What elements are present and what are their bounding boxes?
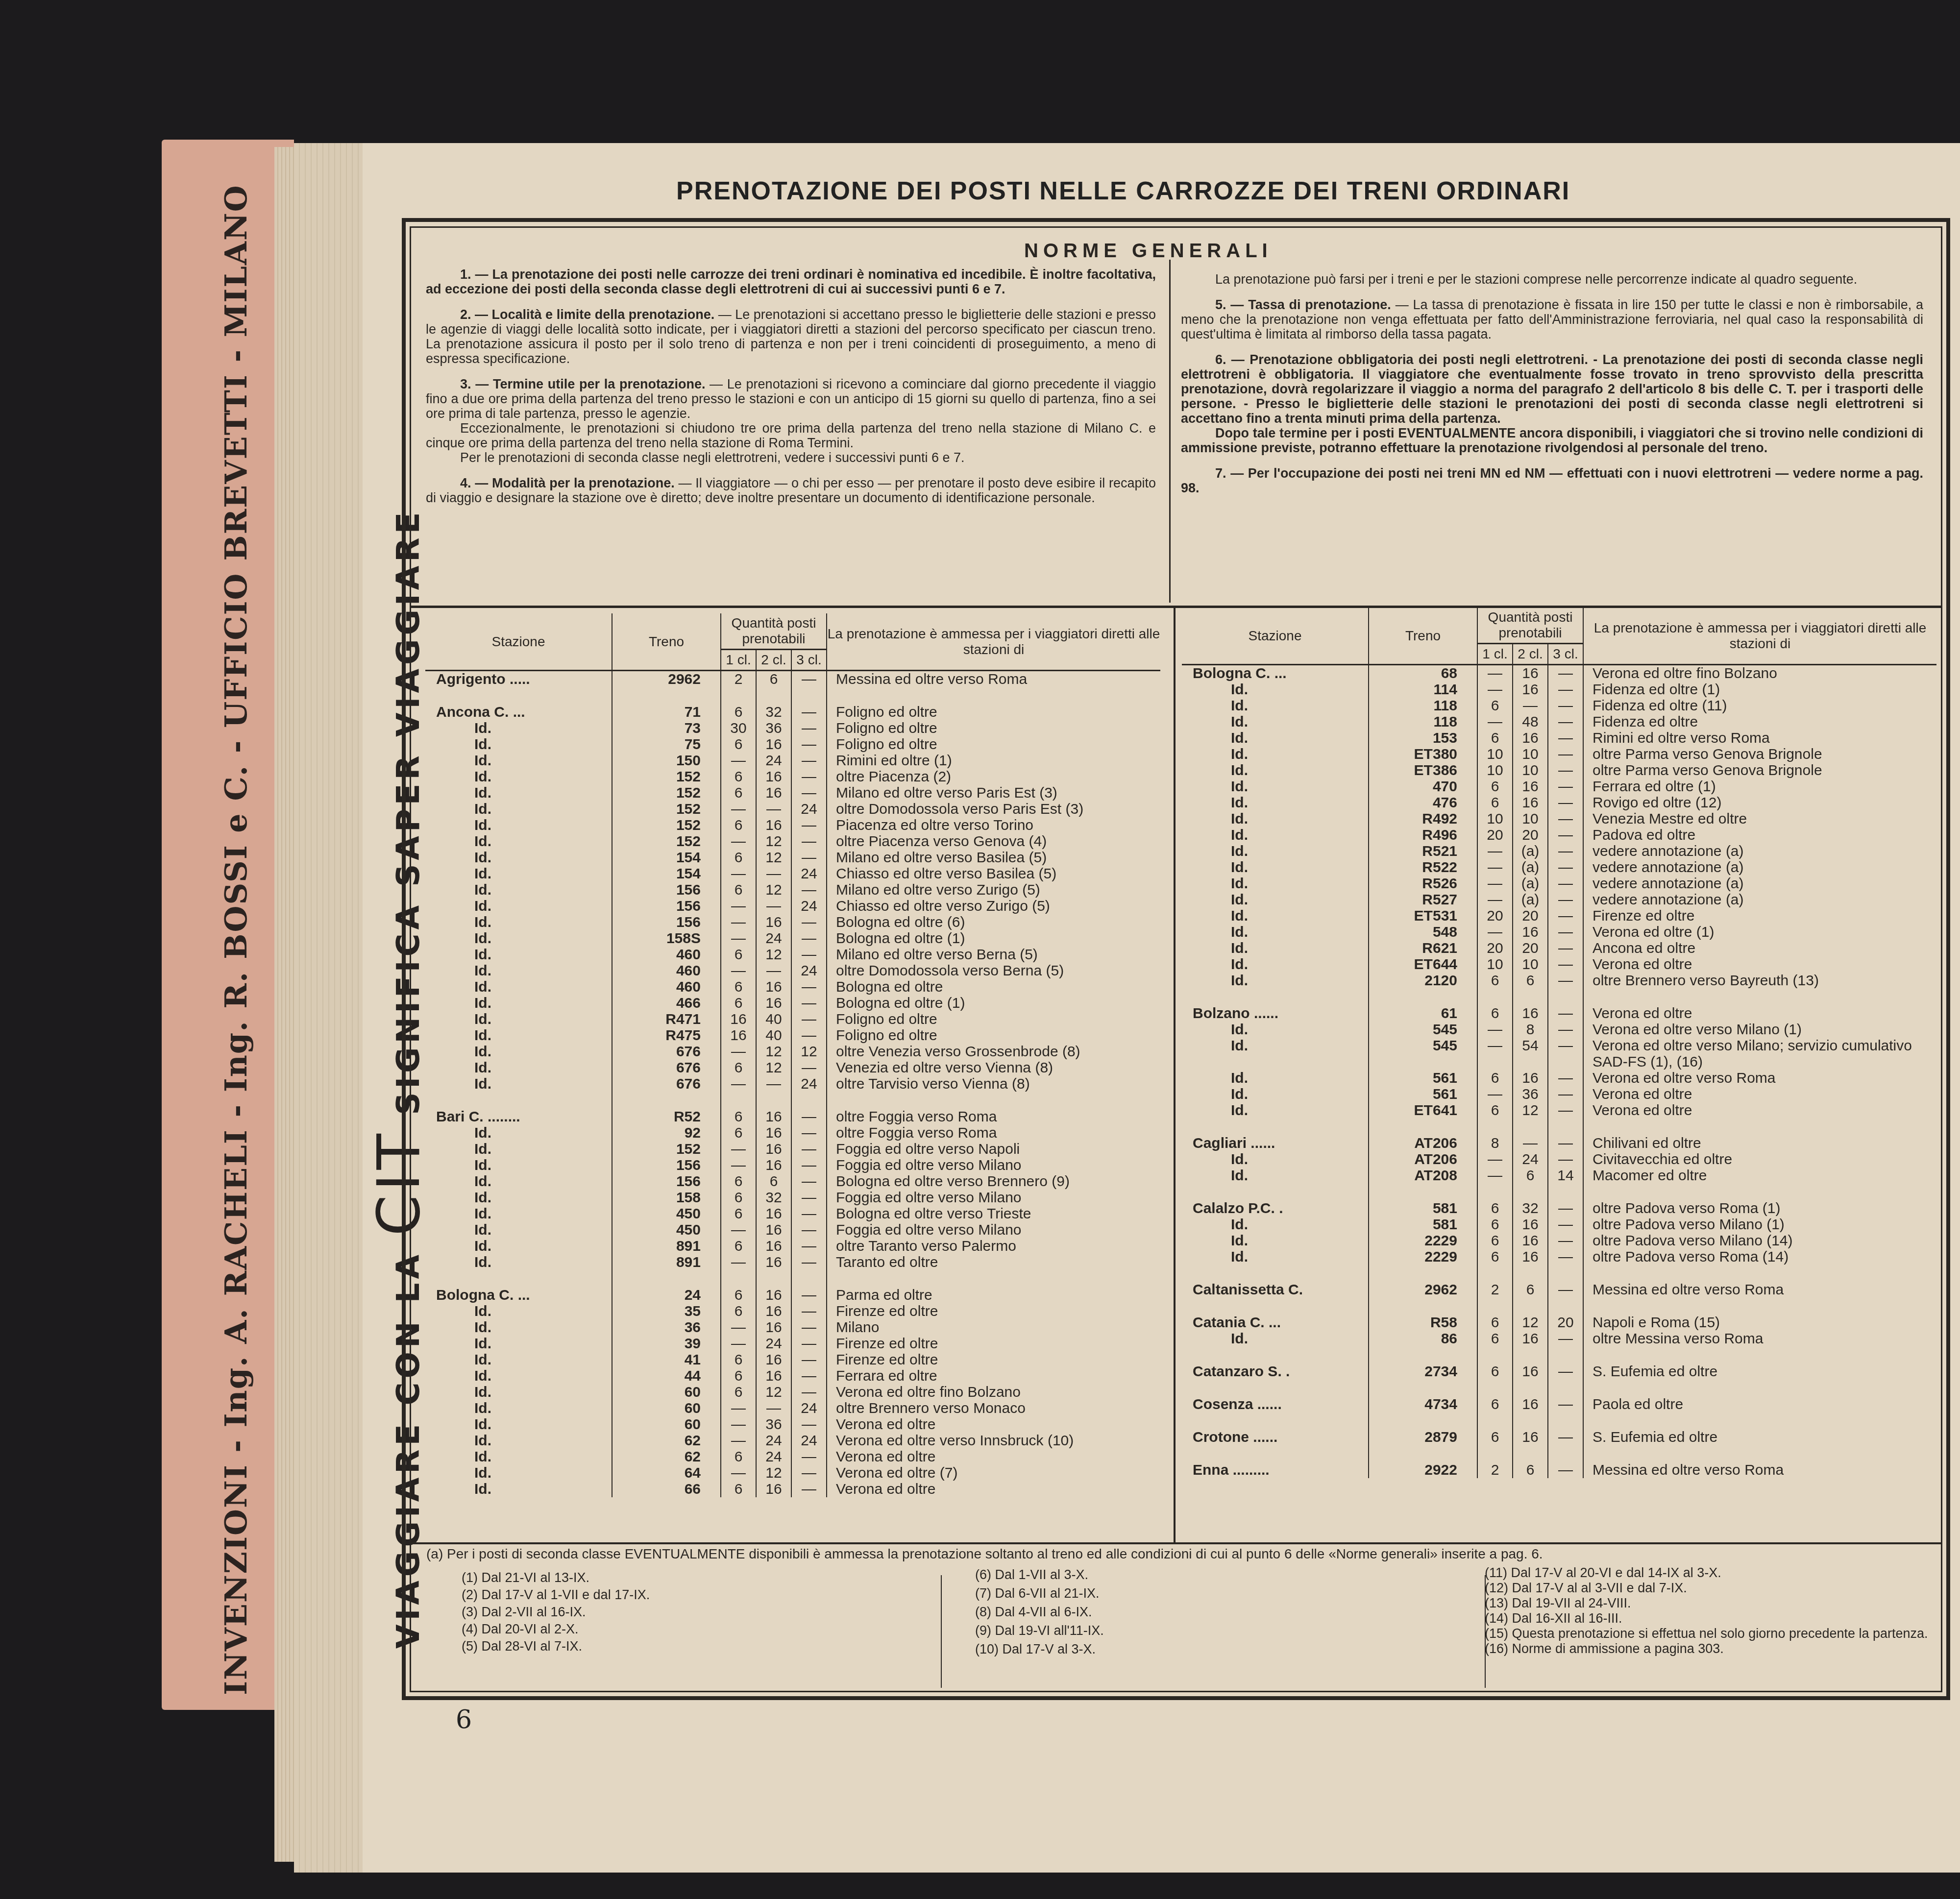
cell-1cl: 6 <box>721 1481 756 1497</box>
header-1cl: 1 cl. <box>721 650 756 671</box>
cell-treno: 71 <box>612 704 721 720</box>
cell-3cl: — <box>1548 714 1583 730</box>
cell-1cl: 6 <box>721 850 756 866</box>
table-row: Id.AT208—614Macomer ed oltre <box>1182 1168 1936 1184</box>
cell-treno: 61 <box>1369 1005 1477 1022</box>
cell-2cl: 8 <box>1513 1022 1548 1038</box>
cell-destinazione <box>1583 1412 1936 1429</box>
cell-destinazione: Firenze ed oltre <box>1583 908 1936 924</box>
cell-3cl: 24 <box>791 1433 827 1449</box>
table-row: Id.460612—Milano ed oltre verso Berna (5… <box>425 947 1160 963</box>
cell-treno: 4734 <box>1369 1396 1477 1412</box>
table-row: Id.154612—Milano ed oltre verso Basilea … <box>425 850 1160 866</box>
cell-1cl: 6 <box>721 1173 756 1190</box>
page-number: 6 <box>456 1705 472 1734</box>
cell-1cl <box>1477 1265 1513 1282</box>
cell-3cl: — <box>1548 1151 1583 1168</box>
cell-stazione <box>1182 1119 1369 1135</box>
cell-3cl: — <box>791 995 827 1011</box>
cell-treno: 460 <box>612 963 721 979</box>
table-row: Id.545—8—Verona ed oltre verso Milano (1… <box>1182 1022 1936 1038</box>
table-row: Id.114—16—Fidenza ed oltre (1) <box>1182 682 1936 698</box>
cell-1cl: 6 <box>721 979 756 995</box>
table-row: Id.44616—Ferrara ed oltre <box>425 1368 1160 1384</box>
cell-1cl: — <box>721 1222 756 1238</box>
table-row: Id.60——24oltre Brennero verso Monaco <box>425 1400 1160 1416</box>
table-row: Id.R521—(a)—vedere annotazione (a) <box>1182 843 1936 859</box>
table-row: Id.15666—Bologna ed oltre verso Brennero… <box>425 1173 1160 1190</box>
cell-treno: 35 <box>612 1303 721 1319</box>
cell-2cl: 6 <box>756 671 791 688</box>
cell-1cl <box>1477 1184 1513 1200</box>
cell-3cl: — <box>1548 973 1583 989</box>
cell-2cl: 16 <box>756 1109 791 1125</box>
cell-destinazione: Verona ed oltre (1) <box>1583 924 1936 940</box>
table-row: Id.891616—oltre Taranto verso Palermo <box>425 1238 1160 1254</box>
cell-treno <box>1369 1298 1477 1315</box>
cell-1cl <box>1477 989 1513 1005</box>
cell-3cl <box>1548 1445 1583 1462</box>
cell-2cl: 32 <box>756 704 791 720</box>
cell-1cl: — <box>721 898 756 914</box>
cell-destinazione: oltre Padova verso Milano (14) <box>1583 1233 1936 1249</box>
cell-stazione: Ancona C. ... <box>425 704 612 720</box>
cell-stazione: Id. <box>425 1416 612 1433</box>
cell-stazione: Id. <box>425 1384 612 1400</box>
table-row: Id.62—2424Verona ed oltre verso Innsbruc… <box>425 1433 1160 1449</box>
cell-stazione: Id. <box>1182 746 1369 762</box>
cell-1cl <box>1477 1119 1513 1135</box>
cell-treno: 152 <box>612 1141 721 1157</box>
cell-destinazione: Ancona ed oltre <box>1583 940 1936 956</box>
cell-1cl: 6 <box>1477 1315 1513 1331</box>
footnote-a: (a) Per i posti di seconda classe EVENTU… <box>426 1546 1935 1562</box>
cell-stazione: Id. <box>425 1238 612 1254</box>
cell-2cl: 16 <box>756 817 791 833</box>
cell-treno: R492 <box>1369 811 1477 827</box>
norme-generali-heading: NORME GENERALI <box>1024 240 1273 262</box>
cell-2cl: — <box>1513 1135 1548 1151</box>
cell-3cl: — <box>791 1060 827 1076</box>
cell-stazione: Id. <box>425 963 612 979</box>
cell-treno: 152 <box>612 769 721 785</box>
cell-stazione: Id. <box>425 753 612 769</box>
cell-stazione: Id. <box>1182 843 1369 859</box>
cell-treno <box>612 687 721 704</box>
cell-treno: 154 <box>612 866 721 882</box>
table-spacer-row <box>425 1092 1160 1109</box>
cell-2cl: 36 <box>756 720 791 736</box>
cell-1cl: 6 <box>721 1368 756 1384</box>
cell-1cl: 6 <box>721 1303 756 1319</box>
cell-2cl: 12 <box>756 850 791 866</box>
table-row: Id.66616—Verona ed oltre <box>425 1481 1160 1497</box>
header-stazione: Stazione <box>425 613 612 671</box>
cell-stazione: Id. <box>1182 924 1369 940</box>
cell-destinazione: oltre Piacenza (2) <box>827 769 1160 785</box>
cell-destinazione: Milano ed oltre verso Basilea (5) <box>827 850 1160 866</box>
cell-2cl: (a) <box>1513 892 1548 908</box>
cell-stazione <box>1182 1265 1369 1282</box>
cell-2cl: 10 <box>1513 956 1548 973</box>
cell-1cl: 6 <box>721 785 756 801</box>
cell-1cl: — <box>1477 1022 1513 1038</box>
rule-3-exception: Eccezionalmente, le prenotazioni si chiu… <box>426 421 1156 450</box>
cell-1cl <box>721 1270 756 1287</box>
cell-stazione: Id. <box>1182 1038 1369 1070</box>
cell-3cl: — <box>791 930 827 947</box>
cell-2cl: — <box>756 898 791 914</box>
header-ammessa: La prenotazione è ammessa per i viaggiat… <box>1583 608 1936 665</box>
cell-destinazione: Chiasso ed oltre verso Zurigo (5) <box>827 898 1160 914</box>
cell-treno: 450 <box>612 1206 721 1222</box>
cell-stazione: Id. <box>1182 811 1369 827</box>
table-column-divider <box>1174 608 1176 1543</box>
cell-3cl: 24 <box>791 1076 827 1092</box>
cell-stazione: Id. <box>1182 795 1369 811</box>
cell-1cl: — <box>721 1465 756 1481</box>
cell-treno: ET386 <box>1369 762 1477 779</box>
cell-stazione: Catania C. ... <box>1182 1315 1369 1331</box>
cell-treno: 68 <box>1369 665 1477 682</box>
cell-destinazione: Foggia ed oltre verso Milano <box>827 1222 1160 1238</box>
cell-stazione: Id. <box>1182 779 1369 795</box>
cell-stazione: Id. <box>425 1319 612 1336</box>
cell-2cl: 16 <box>756 1254 791 1270</box>
cell-1cl: 6 <box>721 1287 756 1303</box>
cell-destinazione: Bologna ed oltre (6) <box>827 914 1160 930</box>
cell-2cl: 16 <box>756 1141 791 1157</box>
cell-destinazione: Verona ed oltre verso Innsbruck (10) <box>827 1433 1160 1449</box>
cell-stazione: Id. <box>425 898 612 914</box>
header-3cl: 3 cl. <box>791 650 827 671</box>
table-row: Id.561616—Verona ed oltre verso Roma <box>1182 1070 1936 1086</box>
cell-stazione: Id. <box>1182 940 1369 956</box>
cell-1cl: 2 <box>1477 1282 1513 1298</box>
cell-destinazione: Bologna ed oltre <box>827 979 1160 995</box>
cell-treno: 152 <box>612 801 721 817</box>
cell-3cl: — <box>791 785 827 801</box>
cell-2cl: 16 <box>756 979 791 995</box>
cell-stazione: Id. <box>425 1027 612 1044</box>
cell-destinazione: vedere annotazione (a) <box>1583 859 1936 876</box>
cell-2cl: 16 <box>1513 682 1548 698</box>
cell-2cl: 16 <box>1513 1363 1548 1380</box>
table-row: Id.158S—24—Bologna ed oltre (1) <box>425 930 1160 947</box>
cell-1cl: — <box>721 1141 756 1157</box>
cell-2cl: 40 <box>756 1027 791 1044</box>
cell-3cl: — <box>791 1303 827 1319</box>
cell-2cl: 16 <box>756 1287 791 1303</box>
cell-1cl: 6 <box>721 995 756 1011</box>
cell-2cl: 16 <box>756 914 791 930</box>
cell-destinazione: S. Eufemia ed oltre <box>1583 1429 1936 1445</box>
cell-1cl: 6 <box>1477 1005 1513 1022</box>
cell-3cl <box>1548 989 1583 1005</box>
cell-2cl <box>1513 1184 1548 1200</box>
cell-2cl: 16 <box>1513 1249 1548 1265</box>
cell-2cl: 16 <box>1513 1331 1548 1347</box>
cell-1cl: — <box>1477 892 1513 908</box>
cell-1cl: 6 <box>1477 1331 1513 1347</box>
cell-treno: 41 <box>612 1352 721 1368</box>
cell-treno: 156 <box>612 1173 721 1190</box>
cell-1cl: — <box>721 801 756 817</box>
cell-3cl: 24 <box>791 963 827 979</box>
cell-treno: 62 <box>612 1449 721 1465</box>
cell-stazione <box>1182 1445 1369 1462</box>
cell-treno: 156 <box>612 882 721 898</box>
cell-3cl: — <box>791 947 827 963</box>
cell-3cl: — <box>1548 1233 1583 1249</box>
footnote-item: (14) Dal 16-XII al 16-III. <box>1485 1611 1935 1626</box>
cell-1cl: 2 <box>721 671 756 688</box>
cell-3cl: — <box>1548 1022 1583 1038</box>
cell-stazione: Id. <box>1182 1233 1369 1249</box>
cell-stazione: Id. <box>425 914 612 930</box>
cell-3cl: — <box>1548 1217 1583 1233</box>
cell-stazione: Bologna C. ... <box>1182 665 1369 682</box>
table-row: Id.2229616—oltre Padova verso Roma (14) <box>1182 1249 1936 1265</box>
cell-destinazione: oltre Domodossola verso Paris Est (3) <box>827 801 1160 817</box>
cell-2cl: 20 <box>1513 827 1548 843</box>
cell-stazione: Id. <box>1182 908 1369 924</box>
table-row: Id.476616—Rovigo ed oltre (12) <box>1182 795 1936 811</box>
cell-destinazione: Piacenza ed oltre verso Torino <box>827 817 1160 833</box>
cell-destinazione: Firenze ed oltre <box>827 1303 1160 1319</box>
table-spacer-row <box>1182 1184 1936 1200</box>
cell-3cl: — <box>1548 746 1583 762</box>
footnote-divider-1 <box>941 1575 942 1688</box>
cell-2cl: 12 <box>1513 1102 1548 1119</box>
cell-2cl: 6 <box>1513 1168 1548 1184</box>
table-row: Id.R4751640—Foligno ed oltre <box>425 1027 1160 1044</box>
table-spacer-row <box>1182 989 1936 1005</box>
table-row: Id.676—1212oltre Venezia verso Grossenbr… <box>425 1044 1160 1060</box>
table-spacer-row <box>1182 1380 1936 1396</box>
cell-1cl: 16 <box>721 1011 756 1027</box>
cell-2cl: 6 <box>1513 1282 1548 1298</box>
table-row: Id.152—12—oltre Piacenza verso Genova (4… <box>425 833 1160 850</box>
cell-treno: 2734 <box>1369 1363 1477 1380</box>
cell-stazione: Id. <box>425 866 612 882</box>
cell-3cl: — <box>1548 1429 1583 1445</box>
cell-treno <box>1369 1445 1477 1462</box>
cell-3cl: — <box>791 1027 827 1044</box>
cell-stazione: Id. <box>1182 956 1369 973</box>
cell-stazione: Id. <box>1182 827 1369 843</box>
table-row: Catanzaro S. .2734616—S. Eufemia ed oltr… <box>1182 1363 1936 1380</box>
cell-destinazione <box>827 1092 1160 1109</box>
cell-3cl: — <box>791 1157 827 1173</box>
cell-destinazione: Verona ed oltre <box>827 1449 1160 1465</box>
cell-treno: 60 <box>612 1384 721 1400</box>
cell-2cl: 16 <box>756 1125 791 1141</box>
cell-1cl <box>721 1092 756 1109</box>
cell-2cl <box>1513 1412 1548 1429</box>
table-row: Id.460616—Bologna ed oltre <box>425 979 1160 995</box>
header-ammessa: La prenotazione è ammessa per i viaggiat… <box>827 613 1160 671</box>
cell-2cl: 12 <box>756 1384 791 1400</box>
cell-stazione: Id. <box>425 1125 612 1141</box>
footnote-item: (8) Dal 4-VII al 6-IX. <box>975 1603 1104 1621</box>
cell-2cl <box>756 1270 791 1287</box>
cell-2cl: 6 <box>1513 973 1548 989</box>
cell-destinazione: oltre Padova verso Roma (14) <box>1583 1249 1936 1265</box>
cell-treno: R621 <box>1369 940 1477 956</box>
cell-3cl: — <box>791 1416 827 1433</box>
cell-3cl: — <box>1548 1070 1583 1086</box>
cell-treno: 476 <box>1369 795 1477 811</box>
cell-treno: 118 <box>1369 698 1477 714</box>
norme-left-column: 1. — La prenotazione dei posti nelle car… <box>426 267 1156 516</box>
cell-treno: 676 <box>612 1060 721 1076</box>
cell-1cl: — <box>721 753 756 769</box>
cell-destinazione: Bologna ed oltre (1) <box>827 995 1160 1011</box>
cell-2cl: 20 <box>1513 940 1548 956</box>
cell-destinazione: oltre Taranto verso Palermo <box>827 1238 1160 1254</box>
cell-destinazione: oltre Padova verso Milano (1) <box>1583 1217 1936 1233</box>
cell-1cl: — <box>1477 682 1513 698</box>
table-row: Id.62624—Verona ed oltre <box>425 1449 1160 1465</box>
cell-destinazione: Verona ed oltre (7) <box>827 1465 1160 1481</box>
cell-stazione: Id. <box>425 1465 612 1481</box>
rule-6-continuation: Dopo tale termine per i posti EVENTUALME… <box>1181 426 1923 455</box>
cell-2cl: 16 <box>756 1319 791 1336</box>
cell-3cl: — <box>791 1481 827 1497</box>
cell-stazione <box>1182 989 1369 1005</box>
cell-1cl: — <box>721 1254 756 1270</box>
table-row: Id.470616—Ferrara ed oltre (1) <box>1182 779 1936 795</box>
table-row: Id.60612—Verona ed oltre fino Bolzano <box>425 1384 1160 1400</box>
table-row: Cagliari ......AT2068——Chilivani ed oltr… <box>1182 1135 1936 1151</box>
cell-stazione: Id. <box>1182 973 1369 989</box>
cell-destinazione: Ferrara ed oltre <box>827 1368 1160 1384</box>
cell-1cl: 6 <box>721 1060 756 1076</box>
cell-destinazione: oltre Brennero verso Bayreuth (13) <box>1583 973 1936 989</box>
cell-3cl: — <box>1548 956 1583 973</box>
cell-stazione: Id. <box>1182 682 1369 698</box>
cell-1cl: 6 <box>1477 1429 1513 1445</box>
cell-2cl: 10 <box>1513 746 1548 762</box>
cell-destinazione: Foligno ed oltre <box>827 1011 1160 1027</box>
table-spacer-row <box>1182 1347 1936 1363</box>
cell-2cl: 54 <box>1513 1038 1548 1070</box>
cell-2cl: 16 <box>756 1238 791 1254</box>
cell-1cl: 6 <box>721 1238 756 1254</box>
table-row: Id.39—24—Firenze ed oltre <box>425 1336 1160 1352</box>
cell-3cl: — <box>1548 1462 1583 1478</box>
cell-1cl <box>1477 1380 1513 1396</box>
cell-3cl: — <box>791 1190 827 1206</box>
header-3cl: 3 cl. <box>1548 644 1583 665</box>
cell-destinazione: Ferrara ed oltre (1) <box>1583 779 1936 795</box>
cell-2cl: 12 <box>756 833 791 850</box>
cell-stazione <box>425 687 612 704</box>
cell-2cl: 6 <box>756 1173 791 1190</box>
cell-3cl: — <box>791 817 827 833</box>
cell-stazione <box>1182 1412 1369 1429</box>
cell-stazione: Id. <box>425 801 612 817</box>
cell-1cl: 10 <box>1477 746 1513 762</box>
cell-treno: 2962 <box>1369 1282 1477 1298</box>
cell-stazione: Id. <box>425 995 612 1011</box>
cell-3cl: — <box>791 1336 827 1352</box>
table-row: Id.152——24oltre Domodossola verso Paris … <box>425 801 1160 817</box>
cell-3cl <box>791 1270 827 1287</box>
cell-3cl: — <box>1548 827 1583 843</box>
cell-destinazione: Milano ed oltre verso Zurigo (5) <box>827 882 1160 898</box>
cell-2cl: 16 <box>1513 795 1548 811</box>
cell-treno: 676 <box>612 1076 721 1092</box>
cell-1cl: — <box>1477 714 1513 730</box>
cell-2cl: 16 <box>756 736 791 753</box>
cell-1cl: 10 <box>1477 811 1513 827</box>
cell-stazione: Id. <box>1182 714 1369 730</box>
cell-2cl: 36 <box>1513 1086 1548 1102</box>
cell-3cl: — <box>1548 940 1583 956</box>
cell-2cl: — <box>756 963 791 979</box>
table-row: Calalzo P.C. .581632—oltre Padova verso … <box>1182 1200 1936 1217</box>
cell-destinazione <box>1583 1380 1936 1396</box>
cell-1cl: — <box>721 1044 756 1060</box>
cell-stazione: Id. <box>425 979 612 995</box>
table-spacer-row <box>1182 1119 1936 1135</box>
table-row: Bologna C. ...68—16—Verona ed oltre fino… <box>1182 665 1936 682</box>
cell-3cl: — <box>1548 698 1583 714</box>
cell-1cl: — <box>721 1319 756 1336</box>
cell-destinazione: oltre Parma verso Genova Brignole <box>1583 746 1936 762</box>
header-2cl: 2 cl. <box>756 650 791 671</box>
rule-4-heading: 4. — Modalità per la prenotazione. <box>460 476 675 490</box>
cell-3cl: — <box>1548 859 1583 876</box>
cell-treno: 92 <box>612 1125 721 1141</box>
cell-2cl <box>1513 1119 1548 1135</box>
table-row: Id.R526—(a)—vedere annotazione (a) <box>1182 876 1936 892</box>
cell-1cl: 8 <box>1477 1135 1513 1151</box>
cell-3cl: 14 <box>1548 1168 1583 1184</box>
cell-2cl: 24 <box>756 1433 791 1449</box>
cell-3cl: — <box>791 1222 827 1238</box>
cell-2cl: 40 <box>756 1011 791 1027</box>
table-row: Catania C. ...R5861220Napoli e Roma (15) <box>1182 1315 1936 1331</box>
header-1cl: 1 cl. <box>1477 644 1513 665</box>
cell-stazione: Id. <box>425 736 612 753</box>
cell-3cl: — <box>791 704 827 720</box>
cell-stazione: Id. <box>425 1044 612 1060</box>
table-row: Id.ET5312020—Firenze ed oltre <box>1182 908 1936 924</box>
cell-stazione: Id. <box>425 1011 612 1027</box>
cell-1cl: — <box>721 1416 756 1433</box>
cell-stazione: Id. <box>425 1060 612 1076</box>
cell-stazione: Id. <box>425 1433 612 1449</box>
cell-2cl: 16 <box>756 1206 791 1222</box>
cell-stazione: Caltanissetta C. <box>1182 1282 1369 1298</box>
table-row: Id.156——24Chiasso ed oltre verso Zurigo … <box>425 898 1160 914</box>
cell-destinazione: oltre Brennero verso Monaco <box>827 1400 1160 1416</box>
cell-1cl: — <box>721 1433 756 1449</box>
cell-1cl: 2 <box>1477 1462 1513 1478</box>
cell-stazione: Id. <box>425 1254 612 1270</box>
cover-advert-text: INVENZIONI - Ing. A. RACHELI - Ing. R. B… <box>218 184 254 1695</box>
cell-stazione: Crotone ...... <box>1182 1429 1369 1445</box>
cell-2cl: 16 <box>1513 1233 1548 1249</box>
norme-right-column: La prenotazione può farsi per i treni e … <box>1181 272 1923 506</box>
cell-destinazione: S. Eufemia ed oltre <box>1583 1363 1936 1380</box>
cell-destinazione: Napoli e Roma (15) <box>1583 1315 1936 1331</box>
cell-2cl: 48 <box>1513 714 1548 730</box>
table-row: Agrigento .....296226—Messina ed oltre v… <box>425 671 1160 688</box>
